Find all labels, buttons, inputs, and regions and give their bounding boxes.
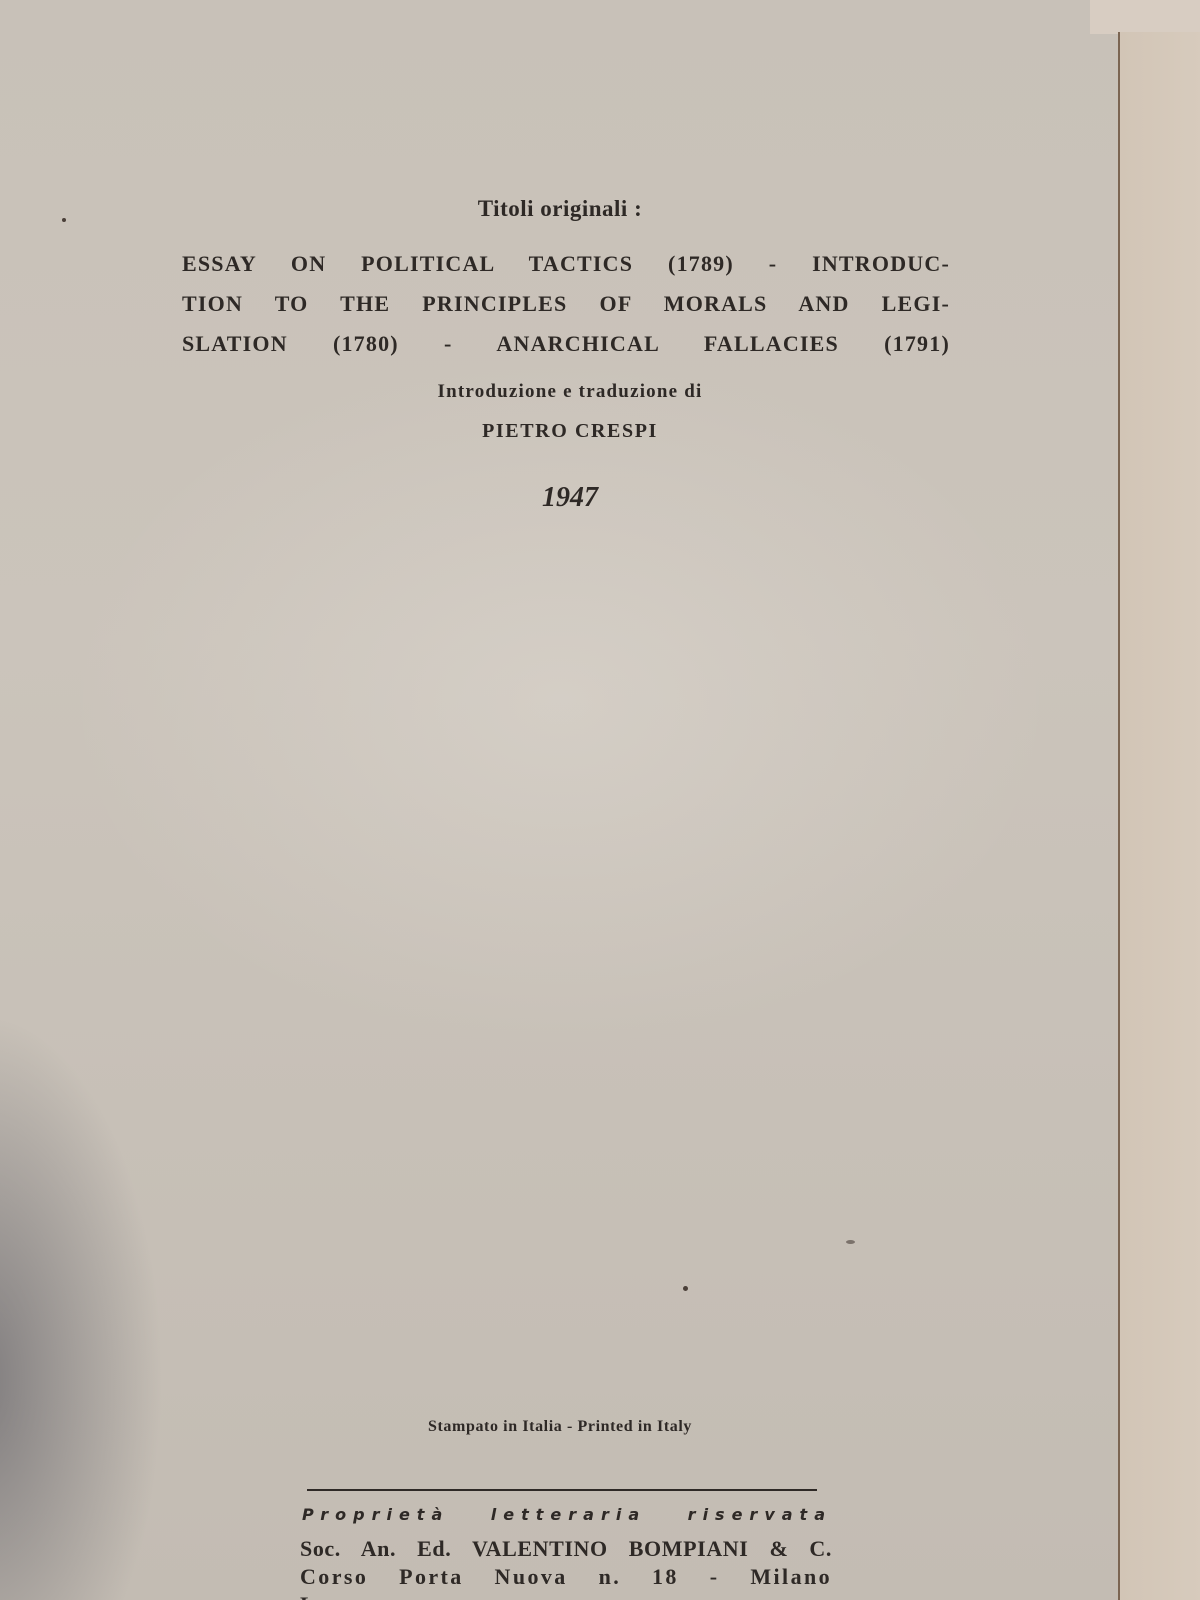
translator-name: PIETRO CRESPI [180, 420, 960, 443]
paper-speck [846, 1240, 855, 1244]
original-titles-line-2: TION TO THE PRINCIPLES OF MORALS AND LEG… [182, 284, 950, 324]
publication-year: 1947 [180, 482, 960, 514]
cut-off-line: Lungarno ... [300, 1592, 832, 1600]
printed-in-italy: Stampato in Italia - Printed in Italy [300, 1418, 820, 1436]
divider-rule [307, 1489, 817, 1491]
book-page: Titoli originali : ESSAY ON POLITICAL TA… [0, 0, 1119, 1600]
publisher-address: Corso Porta Nuova n. 18 - Milano [300, 1564, 832, 1590]
original-titles-heading: Titoli originali : [170, 196, 950, 222]
background-strip [1090, 0, 1200, 34]
paper-speck [62, 218, 66, 222]
publisher-name: Soc. An. Ed. VALENTINO BOMPIANI & C. [300, 1536, 832, 1562]
introduction-credit: Introduzione e traduzione di [180, 381, 960, 403]
original-titles-line-1: ESSAY ON POLITICAL TACTICS (1789) - INTR… [182, 244, 950, 284]
facing-page-edge [1118, 32, 1200, 1600]
paper-speck [683, 1286, 688, 1291]
rights-reserved: Proprietà letteraria riservata [302, 1505, 832, 1524]
original-titles-line-3: SLATION (1780) - ANARCHICAL FALLACIES (1… [182, 324, 950, 364]
